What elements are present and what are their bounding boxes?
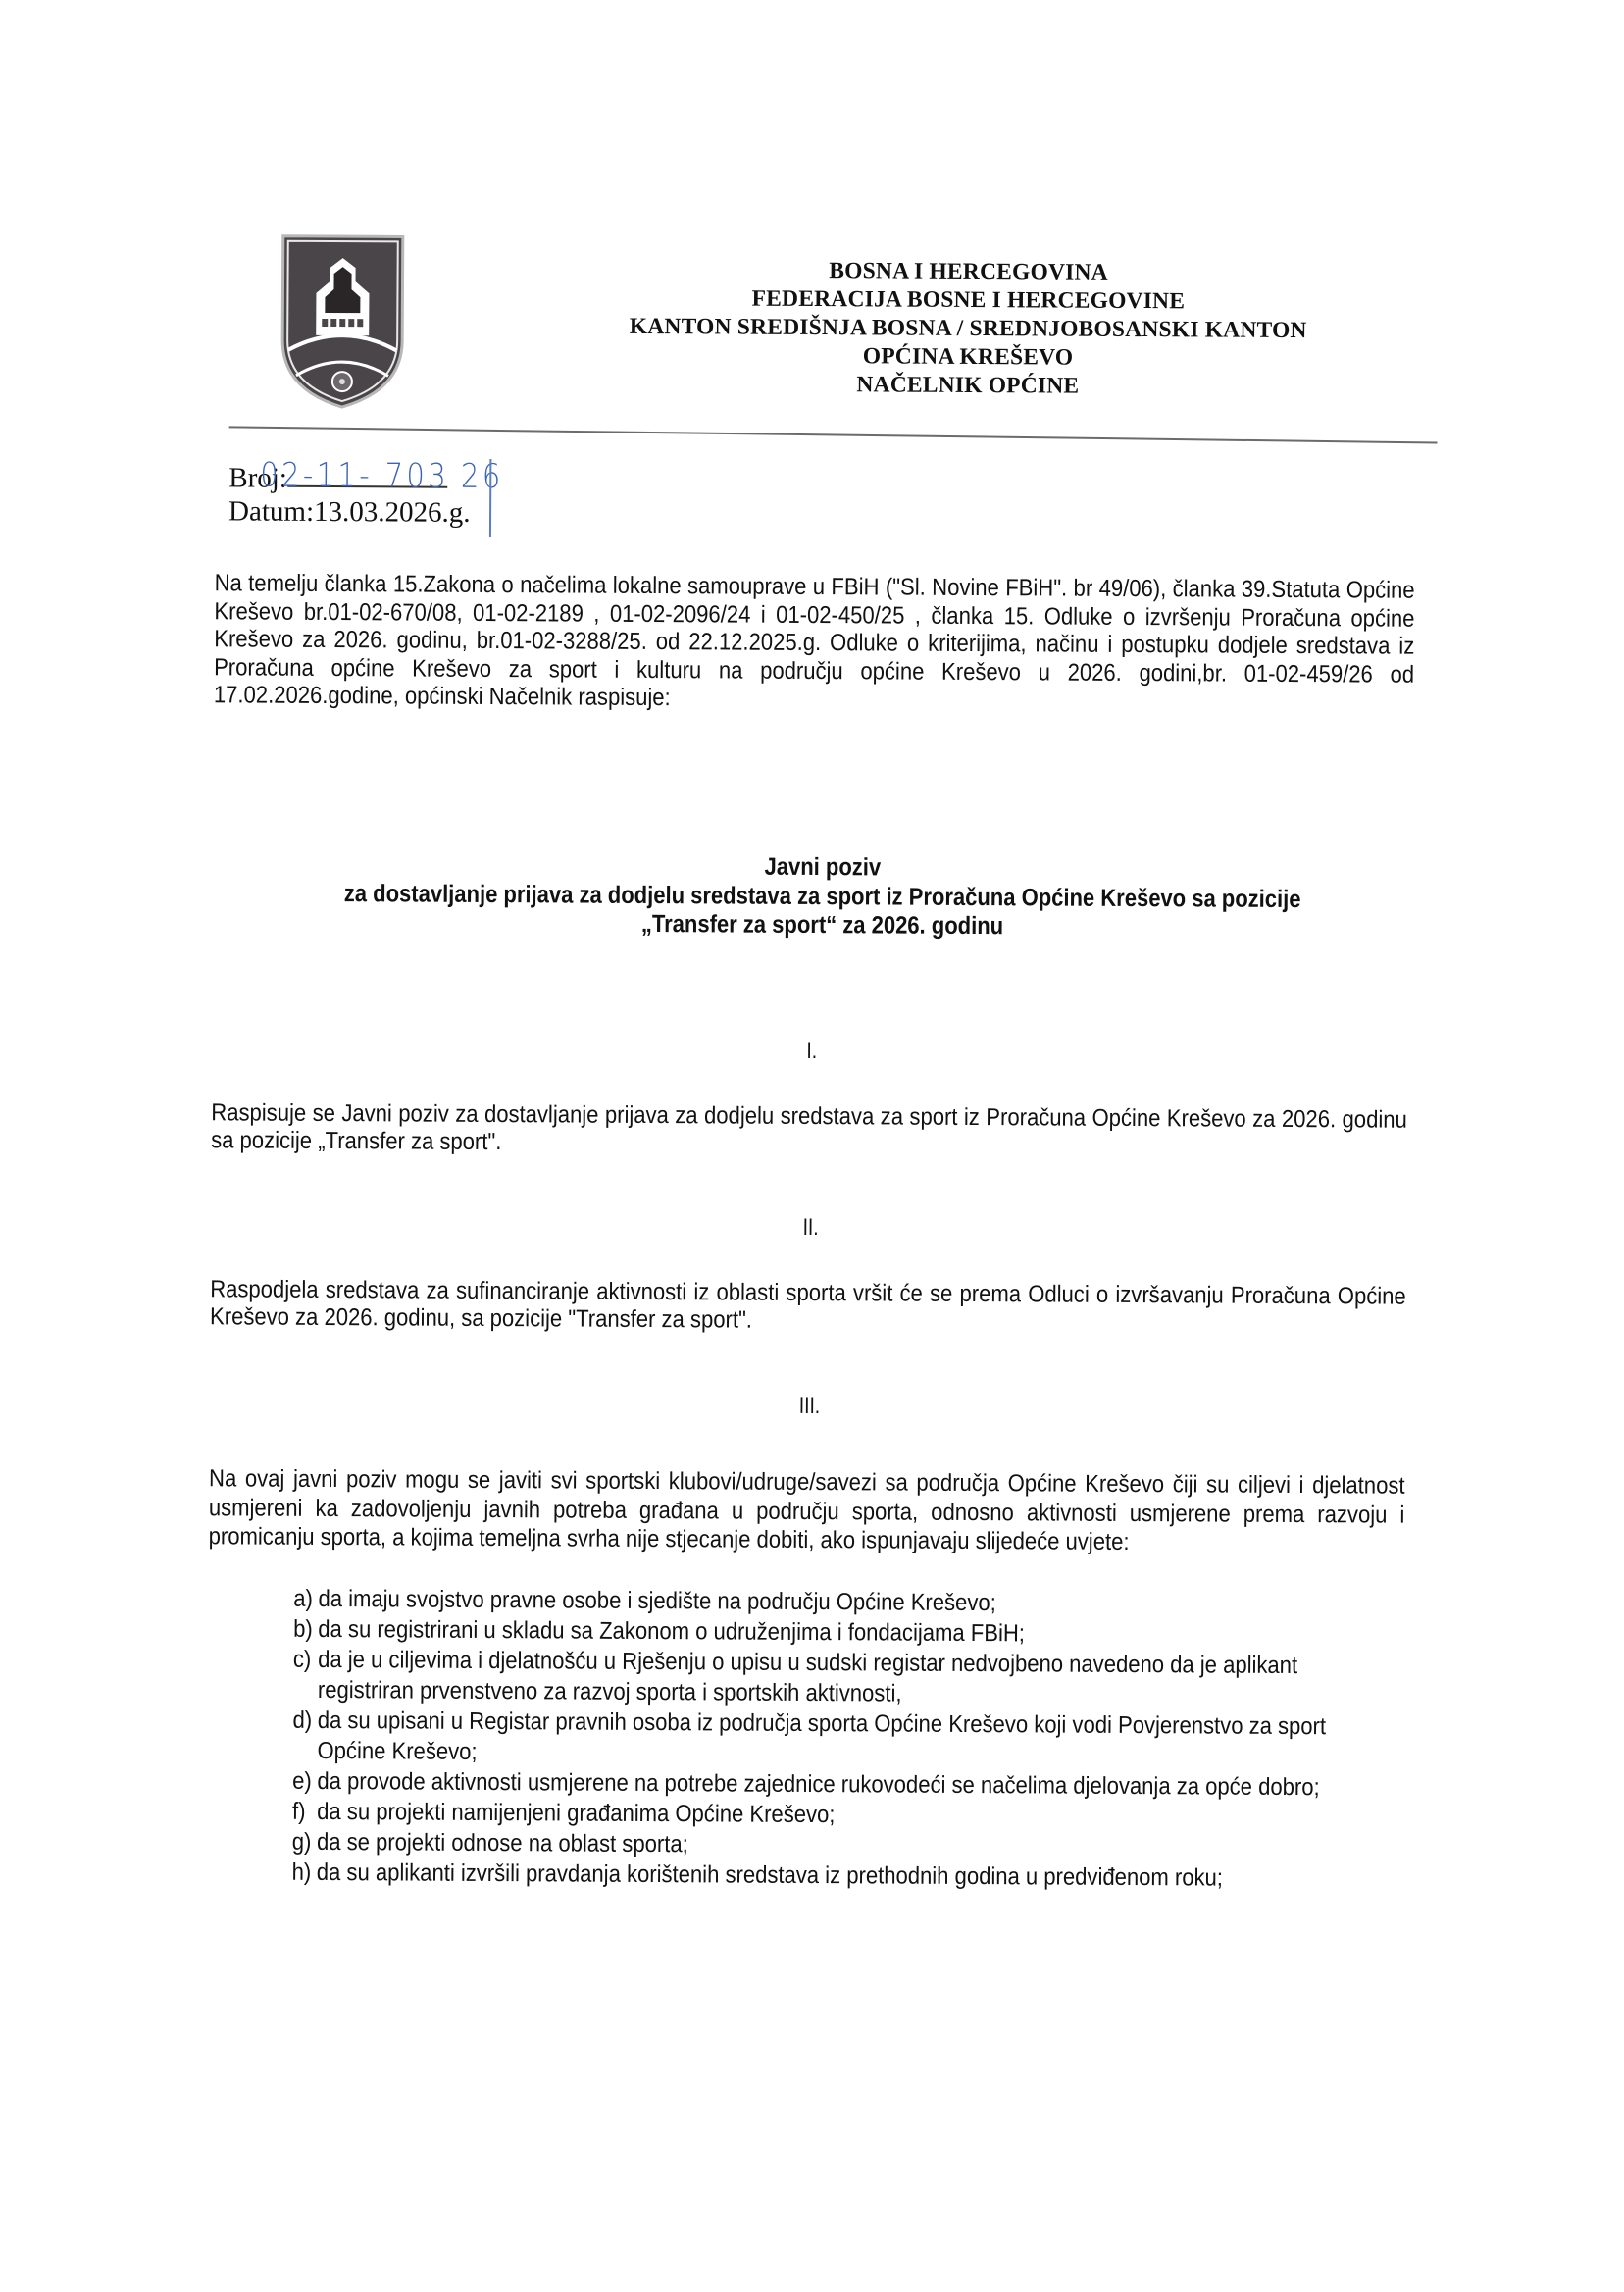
letterhead-office: NAČELNIK OPĆINE: [551, 369, 1385, 402]
section-number-3: III.: [770, 1393, 848, 1420]
municipality-coat-of-arms-icon: [279, 232, 407, 412]
date-label: Datum:: [228, 495, 314, 528]
section-3-text: Na ovaj javni poziv mogu se javiti svi s…: [209, 1464, 1405, 1558]
handwritten-stroke: [489, 459, 491, 537]
section-1-text: Raspisuje se Javni poziv za dostavljanje…: [211, 1099, 1407, 1161]
letterhead: BOSNA I HERCEGOVINA FEDERACIJA BOSNE I H…: [551, 255, 1386, 402]
letterhead-canton: KANTON SREDIŠNJA BOSNA / SREDNJOBOSANSKI…: [551, 312, 1385, 345]
conditions-list: a)da imaju svojstvo pravne osobe i sjedi…: [292, 1584, 1389, 1895]
intro-paragraph: Na temelju članka 15.Zakona o načelima l…: [214, 570, 1415, 717]
condition-item: h)da su aplikanti izvršili pravdanja kor…: [292, 1858, 1387, 1895]
document-title: Javni poziv za dostavljanje prijava za d…: [224, 849, 1421, 943]
section-2-text: Raspodjela sredstava za sufinanciranje a…: [210, 1276, 1406, 1338]
condition-item: c)da je u ciljevima i djelatnošću u Rješ…: [293, 1645, 1388, 1712]
section-number-2: II.: [772, 1214, 850, 1242]
header-divider: [229, 426, 1438, 443]
handwritten-reference-number: 02-11- 70326: [260, 456, 503, 497]
section-number-1: I.: [773, 1038, 851, 1065]
title-line-3: „Transfer za sport“ za 2026. godinu: [296, 908, 1349, 943]
condition-item: d)da su upisani u Registar pravnih osoba…: [292, 1706, 1387, 1773]
document-page: BOSNA I HERCEGOVINA FEDERACIJA BOSNE I H…: [0, 0, 1624, 2292]
date-value: 13.03.2026.g.: [314, 496, 471, 529]
